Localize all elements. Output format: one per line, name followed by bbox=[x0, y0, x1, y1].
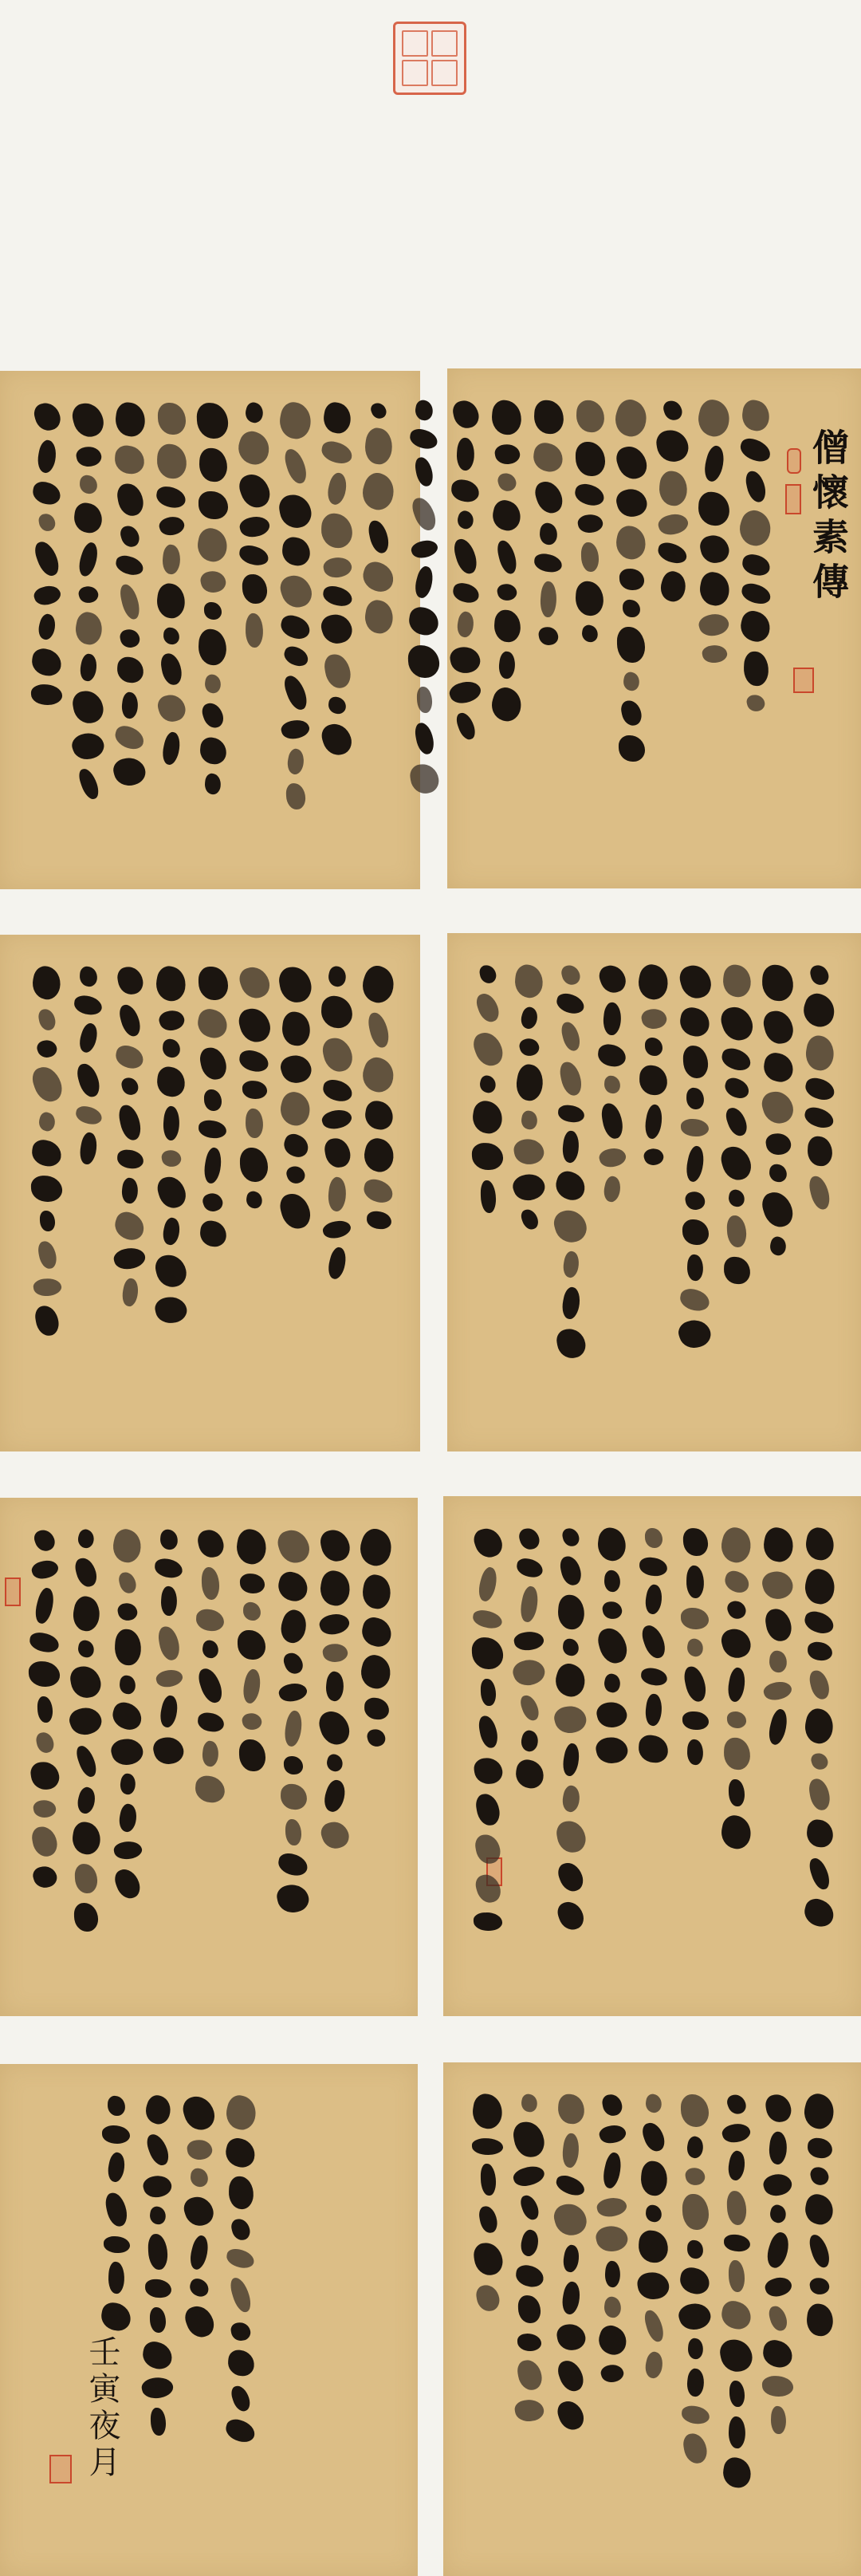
calligraphy-column bbox=[512, 2094, 547, 2421]
calligraphy-column bbox=[407, 400, 442, 794]
calligraphy-column bbox=[470, 965, 505, 1213]
leaf-row2-left bbox=[0, 935, 420, 1451]
calligraphy-column bbox=[636, 965, 671, 1165]
calligraphy-column bbox=[678, 2094, 713, 2463]
calligraphy-column bbox=[719, 1528, 754, 1849]
calligraphy-column bbox=[154, 967, 189, 1322]
leaf-row4-left: 壬寅夜月 bbox=[0, 2064, 418, 2576]
calligraphy-column bbox=[802, 965, 837, 1210]
collector-seal-top bbox=[393, 22, 466, 95]
calligraphy-column bbox=[110, 1530, 145, 1898]
title-column: 僧懷素傳 bbox=[802, 428, 855, 607]
calligraphy-column bbox=[761, 965, 796, 1255]
signature-seal bbox=[49, 2455, 72, 2483]
seal-small-1 bbox=[787, 448, 801, 474]
calligraphy-column bbox=[719, 965, 754, 1285]
calligraphy-column bbox=[489, 400, 525, 721]
calligraphy-column bbox=[595, 965, 630, 1202]
calligraphy-column bbox=[193, 1530, 228, 1802]
seal-small-3 bbox=[793, 668, 814, 693]
calligraphy-column bbox=[71, 967, 106, 1164]
calligraphy-column bbox=[195, 967, 230, 1247]
calligraphy-column bbox=[531, 400, 566, 645]
seal-small-2 bbox=[785, 484, 801, 514]
leaf-row1-right: 僧懷素傳 bbox=[447, 368, 861, 888]
seal-small-4 bbox=[5, 1578, 21, 1606]
calligraphy-column bbox=[276, 1530, 311, 1912]
leaf-row4-right bbox=[443, 2062, 861, 2576]
calligraphy-column bbox=[470, 1528, 505, 1931]
calligraphy-column bbox=[278, 967, 313, 1229]
calligraphy-column bbox=[195, 403, 230, 794]
calligraphy-column bbox=[223, 2096, 258, 2441]
calligraphy-column bbox=[182, 2096, 217, 2338]
calligraphy-column bbox=[234, 1530, 269, 1771]
leaf-row1-left bbox=[0, 371, 420, 889]
calligraphy-column bbox=[636, 2094, 671, 2377]
calligraphy-column bbox=[802, 1528, 837, 1925]
calligraphy-column bbox=[29, 403, 65, 705]
calligraphy-column bbox=[761, 1528, 796, 1745]
calligraphy-column bbox=[802, 2094, 837, 2336]
calligraphy-column bbox=[112, 403, 147, 786]
calligraphy-column bbox=[361, 967, 396, 1229]
calligraphy-column bbox=[636, 1528, 671, 1763]
calligraphy-column bbox=[512, 965, 547, 1230]
calligraphy-column bbox=[738, 400, 773, 711]
calligraphy-column bbox=[27, 1530, 62, 1888]
calligraphy-column bbox=[278, 403, 313, 809]
calligraphy-column bbox=[71, 403, 106, 800]
calligraphy-column bbox=[553, 965, 588, 1358]
calligraphy-column bbox=[320, 403, 355, 755]
calligraphy-column bbox=[140, 2096, 175, 2436]
calligraphy-column bbox=[719, 2094, 754, 2487]
calligraphy-column bbox=[112, 967, 147, 1306]
calligraphy-column bbox=[595, 1528, 630, 1763]
calligraphy-column bbox=[655, 400, 690, 601]
calligraphy-column bbox=[761, 2094, 796, 2434]
calligraphy-column bbox=[151, 1530, 187, 1765]
calligraphy-column bbox=[595, 2094, 630, 2381]
leaf-row3-left bbox=[0, 1498, 418, 2016]
calligraphy-column bbox=[553, 2094, 588, 2431]
calligraphy-column bbox=[359, 1530, 394, 1747]
calligraphy-column bbox=[697, 400, 732, 663]
calligraphy-column bbox=[29, 967, 65, 1335]
calligraphy-column bbox=[678, 1528, 713, 1765]
calligraphy-column bbox=[237, 403, 272, 648]
calligraphy-column bbox=[361, 403, 396, 632]
calligraphy-column bbox=[317, 1530, 352, 1849]
inscription-date: 壬寅夜月 bbox=[80, 2335, 125, 2482]
leaf-row2-right bbox=[447, 933, 861, 1451]
calligraphy-column bbox=[614, 400, 649, 762]
calligraphy-column bbox=[237, 967, 272, 1207]
calligraphy-column bbox=[572, 400, 607, 641]
calligraphy-column bbox=[99, 2096, 134, 2331]
calligraphy-column bbox=[69, 1530, 104, 1932]
leaf-row3-right bbox=[443, 1496, 861, 2016]
calligraphy-column bbox=[320, 967, 355, 1279]
calligraphy-column bbox=[512, 1528, 547, 1789]
calligraphy-column bbox=[678, 965, 713, 1348]
calligraphy-column bbox=[470, 2094, 505, 2310]
calligraphy-column bbox=[553, 1528, 588, 1930]
calligraphy-column bbox=[154, 403, 189, 765]
calligraphy-column bbox=[448, 400, 483, 740]
